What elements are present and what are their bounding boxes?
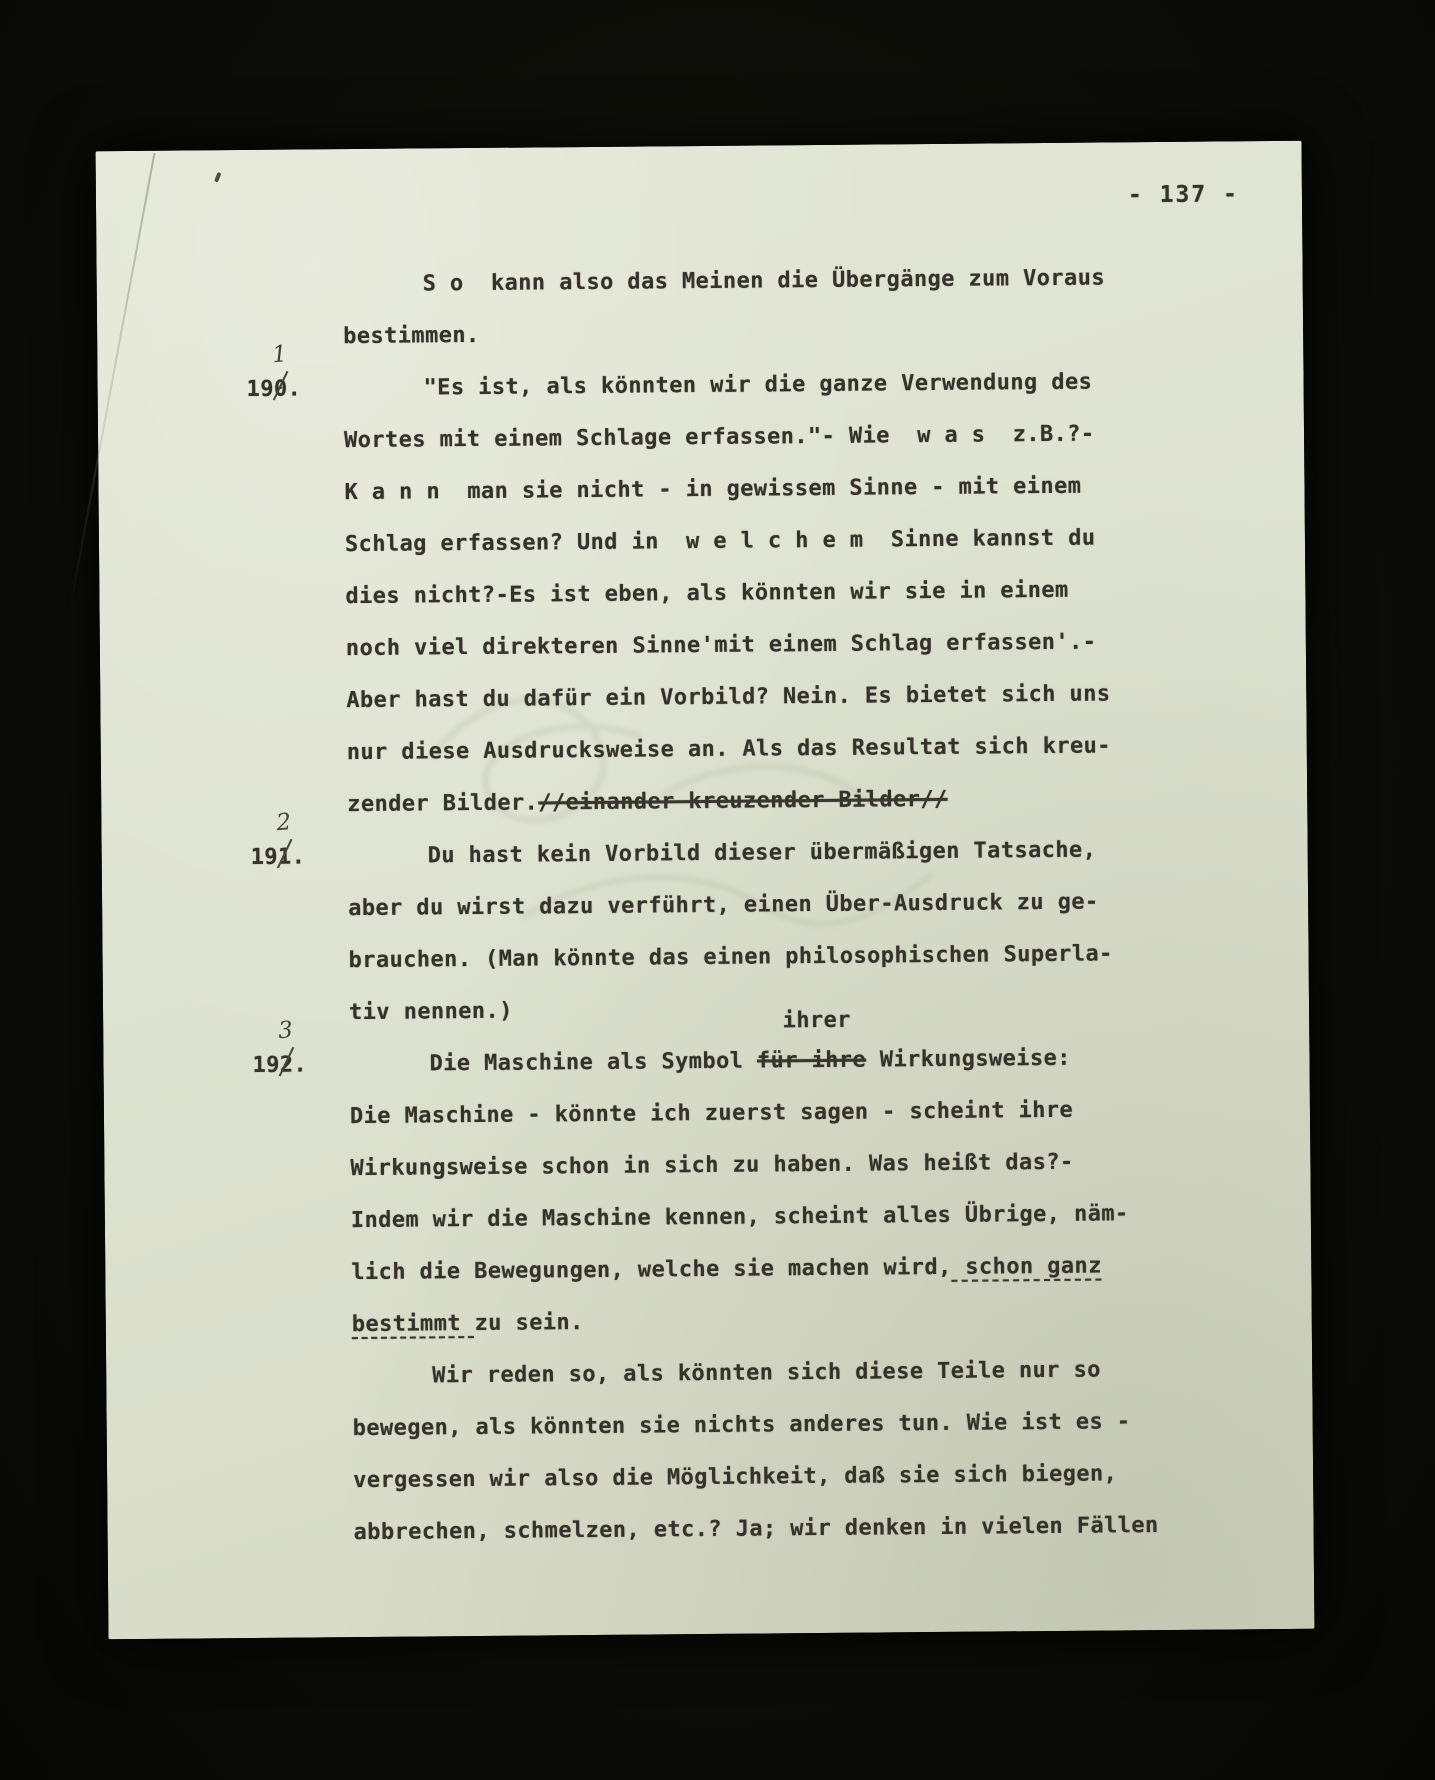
text-line: Die Maschine als Symbol für ihreihrer Wi… bbox=[349, 1032, 1209, 1092]
text-line: brauchen. (Man könnte das einen philosop… bbox=[348, 928, 1208, 988]
section-192: 3192.Die Maschine als Symbol für ihreihr… bbox=[349, 1032, 1212, 1351]
text-segment: Schlag erfassen? Und in w e l c h e m Si… bbox=[345, 526, 1096, 558]
text-segment: Indem wir die Maschine kennen, scheint a… bbox=[351, 1201, 1129, 1233]
text-line: K a n n man sie nicht - in gewissem Sinn… bbox=[344, 460, 1204, 520]
text-segment: Die Maschine als Symbol bbox=[429, 1049, 757, 1077]
text-line: abbrechen, schmelzen, etc.? Ja; wir denk… bbox=[353, 1500, 1213, 1560]
text-line: zender Bilder.//einander kreuzender Bild… bbox=[347, 772, 1207, 832]
typed-number-prefix: 19 bbox=[252, 1053, 280, 1078]
typed-number-prefix: 19 bbox=[247, 377, 275, 402]
section-closing: Wir reden so, als könnten sich diese Tei… bbox=[352, 1344, 1214, 1559]
text-segment: Du hast kein Vorbild dieser übermäßigen … bbox=[428, 838, 1097, 869]
text-line: Die Maschine - könnte ich zuerst sagen -… bbox=[350, 1084, 1210, 1144]
inserted-word-above: ihrer bbox=[783, 1007, 851, 1036]
text-line: aber du wirst dazu verführt, einen Über-… bbox=[348, 876, 1208, 936]
text-line: Aber hast du dafür ein Vorbild? Nein. Es… bbox=[346, 668, 1206, 728]
section-number: 3192. bbox=[252, 1039, 307, 1091]
text-line: bewegen, als könnten sie nichts anderes … bbox=[352, 1396, 1212, 1456]
paper-crease bbox=[68, 153, 156, 615]
text-segment: vergessen wir also die Möglichkeit, daß … bbox=[353, 1461, 1117, 1493]
text-line: Du hast kein Vorbild dieser übermäßigen … bbox=[347, 824, 1207, 884]
struck-text: //einander kreuzender Bilder// bbox=[538, 787, 948, 816]
text-segment: Wirkungsweise: bbox=[866, 1046, 1071, 1073]
text-line: Wortes mit einem Schlage erfassen."- Wie… bbox=[344, 408, 1204, 468]
underlined-text: schon ganz bbox=[952, 1254, 1102, 1280]
scanned-photo: - 137 - S o kann also das Meinen die Übe… bbox=[0, 0, 1435, 1780]
text-line: lich die Bewegungen, welche sie machen w… bbox=[351, 1240, 1211, 1300]
text-segment: zu sein. bbox=[474, 1310, 583, 1336]
text-segment: dies nicht?-Es ist eben, als könnten wir… bbox=[345, 578, 1068, 609]
text-segment: Wirkungsweise schon in sich zu haben. Wa… bbox=[350, 1150, 1073, 1181]
text-segment: nur diese Ausdrucksweise an. Als das Res… bbox=[347, 733, 1111, 765]
text-line: vergessen wir also die Möglichkeit, daß … bbox=[353, 1448, 1213, 1508]
section-190: 1190."Es ist, als könnten wir die ganze … bbox=[343, 356, 1207, 831]
text-line: dies nicht?-Es ist eben, als könnten wir… bbox=[345, 564, 1205, 624]
text-segment: S o kann also das Meinen die Übergänge z… bbox=[423, 265, 1105, 296]
text-segment: lich die Bewegungen, welche sie machen w… bbox=[351, 1255, 952, 1285]
text-segment: zender Bilder. bbox=[347, 790, 538, 817]
text-line: noch viel direkteren Sinne'mit einem Sch… bbox=[346, 616, 1206, 676]
text-line: bestimmt zu sein. bbox=[352, 1292, 1212, 1352]
text-segment: noch viel direkteren Sinne'mit einem Sch… bbox=[346, 630, 1097, 662]
text-segment: brauchen. (Man könnte das einen philosop… bbox=[348, 941, 1112, 973]
section-intro: S o kann also das Meinen die Übergänge z… bbox=[342, 252, 1203, 364]
text-line: bestimmen. bbox=[343, 304, 1203, 364]
text-line: Wirkungsweise schon in sich zu haben. Wa… bbox=[350, 1136, 1210, 1196]
text-segment: Aber hast du dafür ein Vorbild? Nein. Es… bbox=[346, 681, 1110, 713]
typed-number-struck-digit: 2 bbox=[280, 1040, 294, 1092]
text-line: nur diese Ausdrucksweise an. Als das Res… bbox=[347, 720, 1207, 780]
text-segment: bewegen, als könnten sie nichts anderes … bbox=[353, 1409, 1131, 1441]
text-line: Indem wir die Maschine kennen, scheint a… bbox=[351, 1188, 1211, 1248]
text-line: Schlag erfassen? Und in w e l c h e m Si… bbox=[345, 512, 1205, 572]
section-number: 2191. bbox=[250, 831, 305, 883]
text-segment: Wir reden so, als könnten sich diese Tei… bbox=[432, 1358, 1101, 1389]
underlined-text: bestimmt bbox=[352, 1311, 475, 1337]
struck-text: für ihreihrer bbox=[757, 1035, 867, 1088]
typed-number-period: . bbox=[293, 1052, 307, 1077]
text-line: S o kann also das Meinen die Übergänge z… bbox=[342, 252, 1202, 312]
typed-number-period: . bbox=[292, 844, 306, 869]
text-segment: K a n n man sie nicht - in gewissem Sinn… bbox=[344, 474, 1081, 505]
typed-number-struck-digit: 1 bbox=[278, 832, 292, 884]
text-segment: aber du wirst dazu verführt, einen Über-… bbox=[348, 890, 1099, 922]
typed-number-period: . bbox=[287, 377, 301, 402]
typed-number-struck-digit: 0 bbox=[274, 364, 288, 416]
text-segment: bestimmen. bbox=[343, 323, 480, 349]
section-191: 2191.Du hast kein Vorbild dieser übermäß… bbox=[347, 824, 1209, 1039]
text-line: "Es ist, als könnten wir die ganze Verwe… bbox=[343, 356, 1203, 416]
text-segment: Wortes mit einem Schlage erfassen."- Wie… bbox=[344, 422, 1095, 454]
section-number: 1190. bbox=[246, 364, 301, 416]
typescript-page: - 137 - S o kann also das Meinen die Übe… bbox=[96, 141, 1315, 1639]
text-line: tiv nennen.) bbox=[349, 980, 1209, 1040]
text-segment: abbrechen, schmelzen, etc.? Ja; wir denk… bbox=[353, 1513, 1158, 1545]
text-line: Wir reden so, als könnten sich diese Tei… bbox=[352, 1344, 1212, 1404]
text-block: S o kann also das Meinen die Übergänge z… bbox=[342, 252, 1213, 1559]
typed-number-prefix: 19 bbox=[251, 845, 279, 870]
text-segment: "Es ist, als könnten wir die ganze Verwe… bbox=[423, 370, 1092, 401]
text-segment: tiv nennen.) bbox=[349, 999, 513, 1025]
page-number: - 137 - bbox=[1128, 181, 1239, 208]
paper-speck bbox=[214, 172, 221, 183]
text-segment: Die Maschine - könnte ich zuerst sagen -… bbox=[350, 1098, 1073, 1129]
